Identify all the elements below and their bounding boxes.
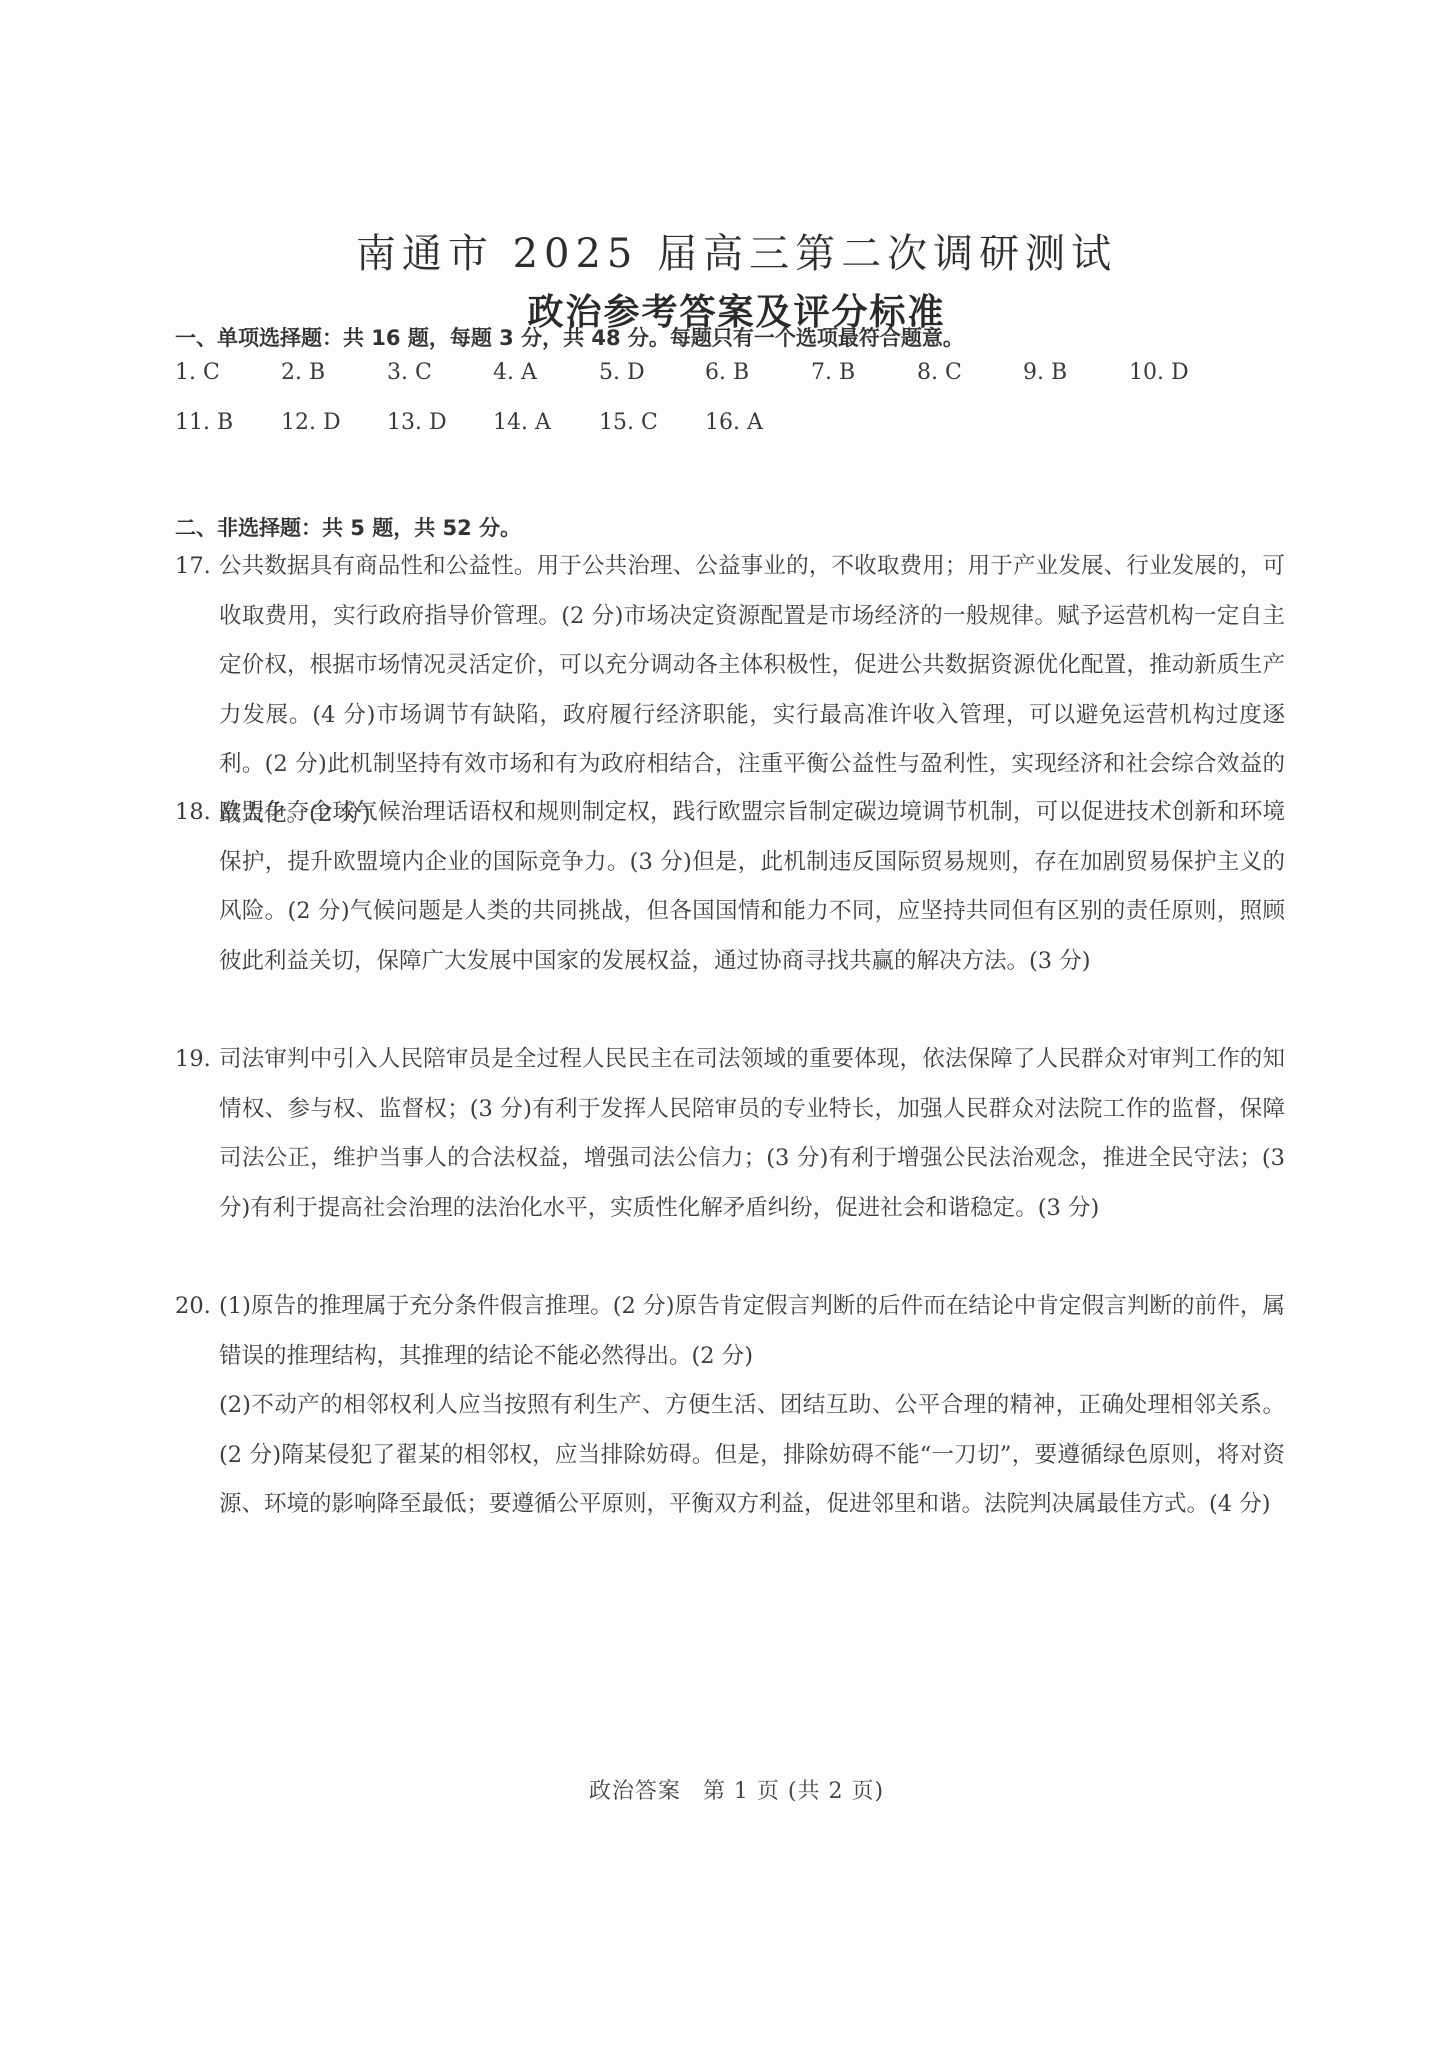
- question-number: 20.: [175, 1282, 219, 1381]
- answer-item: 12. D: [281, 410, 387, 435]
- document-title: 南通市 2025 届高三第二次调研测试: [145, 222, 1328, 279]
- section1-heading: 一、单项选择题：共 16 题，每题 3 分，共 48 分。每题只有一个选项最符合…: [175, 322, 964, 352]
- answer-item: 4. A: [493, 360, 599, 385]
- answer-item: 3. C: [387, 360, 493, 385]
- page-footer: 政治答案第 1 页 (共 2 页): [145, 1774, 1328, 1805]
- answer-item: 9. B: [1023, 360, 1129, 385]
- answer-item: 15. C: [599, 410, 705, 435]
- answer-item: 8. C: [917, 360, 1023, 385]
- answer-item: 6. B: [705, 360, 811, 385]
- answer-text-part-2: (2)不动产的相邻权利人应当按照有利生产、方便生活、团结互助、公平合理的精神，正…: [175, 1381, 1285, 1530]
- answer-item: 5. D: [599, 360, 705, 385]
- answer-item: 1. C: [175, 360, 281, 385]
- answer-item: 13. D: [387, 410, 493, 435]
- answer-text: 司法审判中引入人民陪审员是全过程人民民主在司法领域的重要体现，依法保障了人民群众…: [219, 1035, 1285, 1233]
- question-18: 18. 欧盟争夺全球气候治理话语权和规则制定权，践行欧盟宗旨制定碳边境调节机制，…: [175, 788, 1285, 986]
- question-19: 19. 司法审判中引入人民陪审员是全过程人民民主在司法领域的重要体现，依法保障了…: [175, 1035, 1285, 1233]
- answer-item: 11. B: [175, 410, 281, 435]
- answers-row-2: 11. B 12. D 13. D 14. A 15. C 16. A: [175, 410, 811, 435]
- answer-text-part-1: (1)原告的推理属于充分条件假言推理。(2 分)原告肯定假言判断的后件而在结论中…: [219, 1282, 1285, 1381]
- footer-page-number: 第 1 页 (共 2 页): [703, 1779, 884, 1804]
- footer-doc-label: 政治答案: [589, 1779, 681, 1804]
- section2-heading: 二、非选择题：共 5 题，共 52 分。: [175, 512, 521, 542]
- answers-row-1: 1. C 2. B 3. C 4. A 5. D 6. B 7. B 8. C …: [175, 360, 1235, 385]
- question-20: 20. (1)原告的推理属于充分条件假言推理。(2 分)原告肯定假言判断的后件而…: [175, 1282, 1285, 1530]
- answer-item: 14. A: [493, 410, 599, 435]
- question-number: 18.: [175, 788, 219, 986]
- document-page: 南通市 2025 届高三第二次调研测试 政治参考答案及评分标准 一、单项选择题：…: [145, 192, 1328, 1830]
- answer-item: 2. B: [281, 360, 387, 385]
- answer-item: 16. A: [705, 410, 811, 435]
- answer-item: 10. D: [1129, 360, 1235, 385]
- answer-text: 欧盟争夺全球气候治理话语权和规则制定权，践行欧盟宗旨制定碳边境调节机制，可以促进…: [219, 788, 1285, 986]
- answer-item: 7. B: [811, 360, 917, 385]
- question-number: 19.: [175, 1035, 219, 1233]
